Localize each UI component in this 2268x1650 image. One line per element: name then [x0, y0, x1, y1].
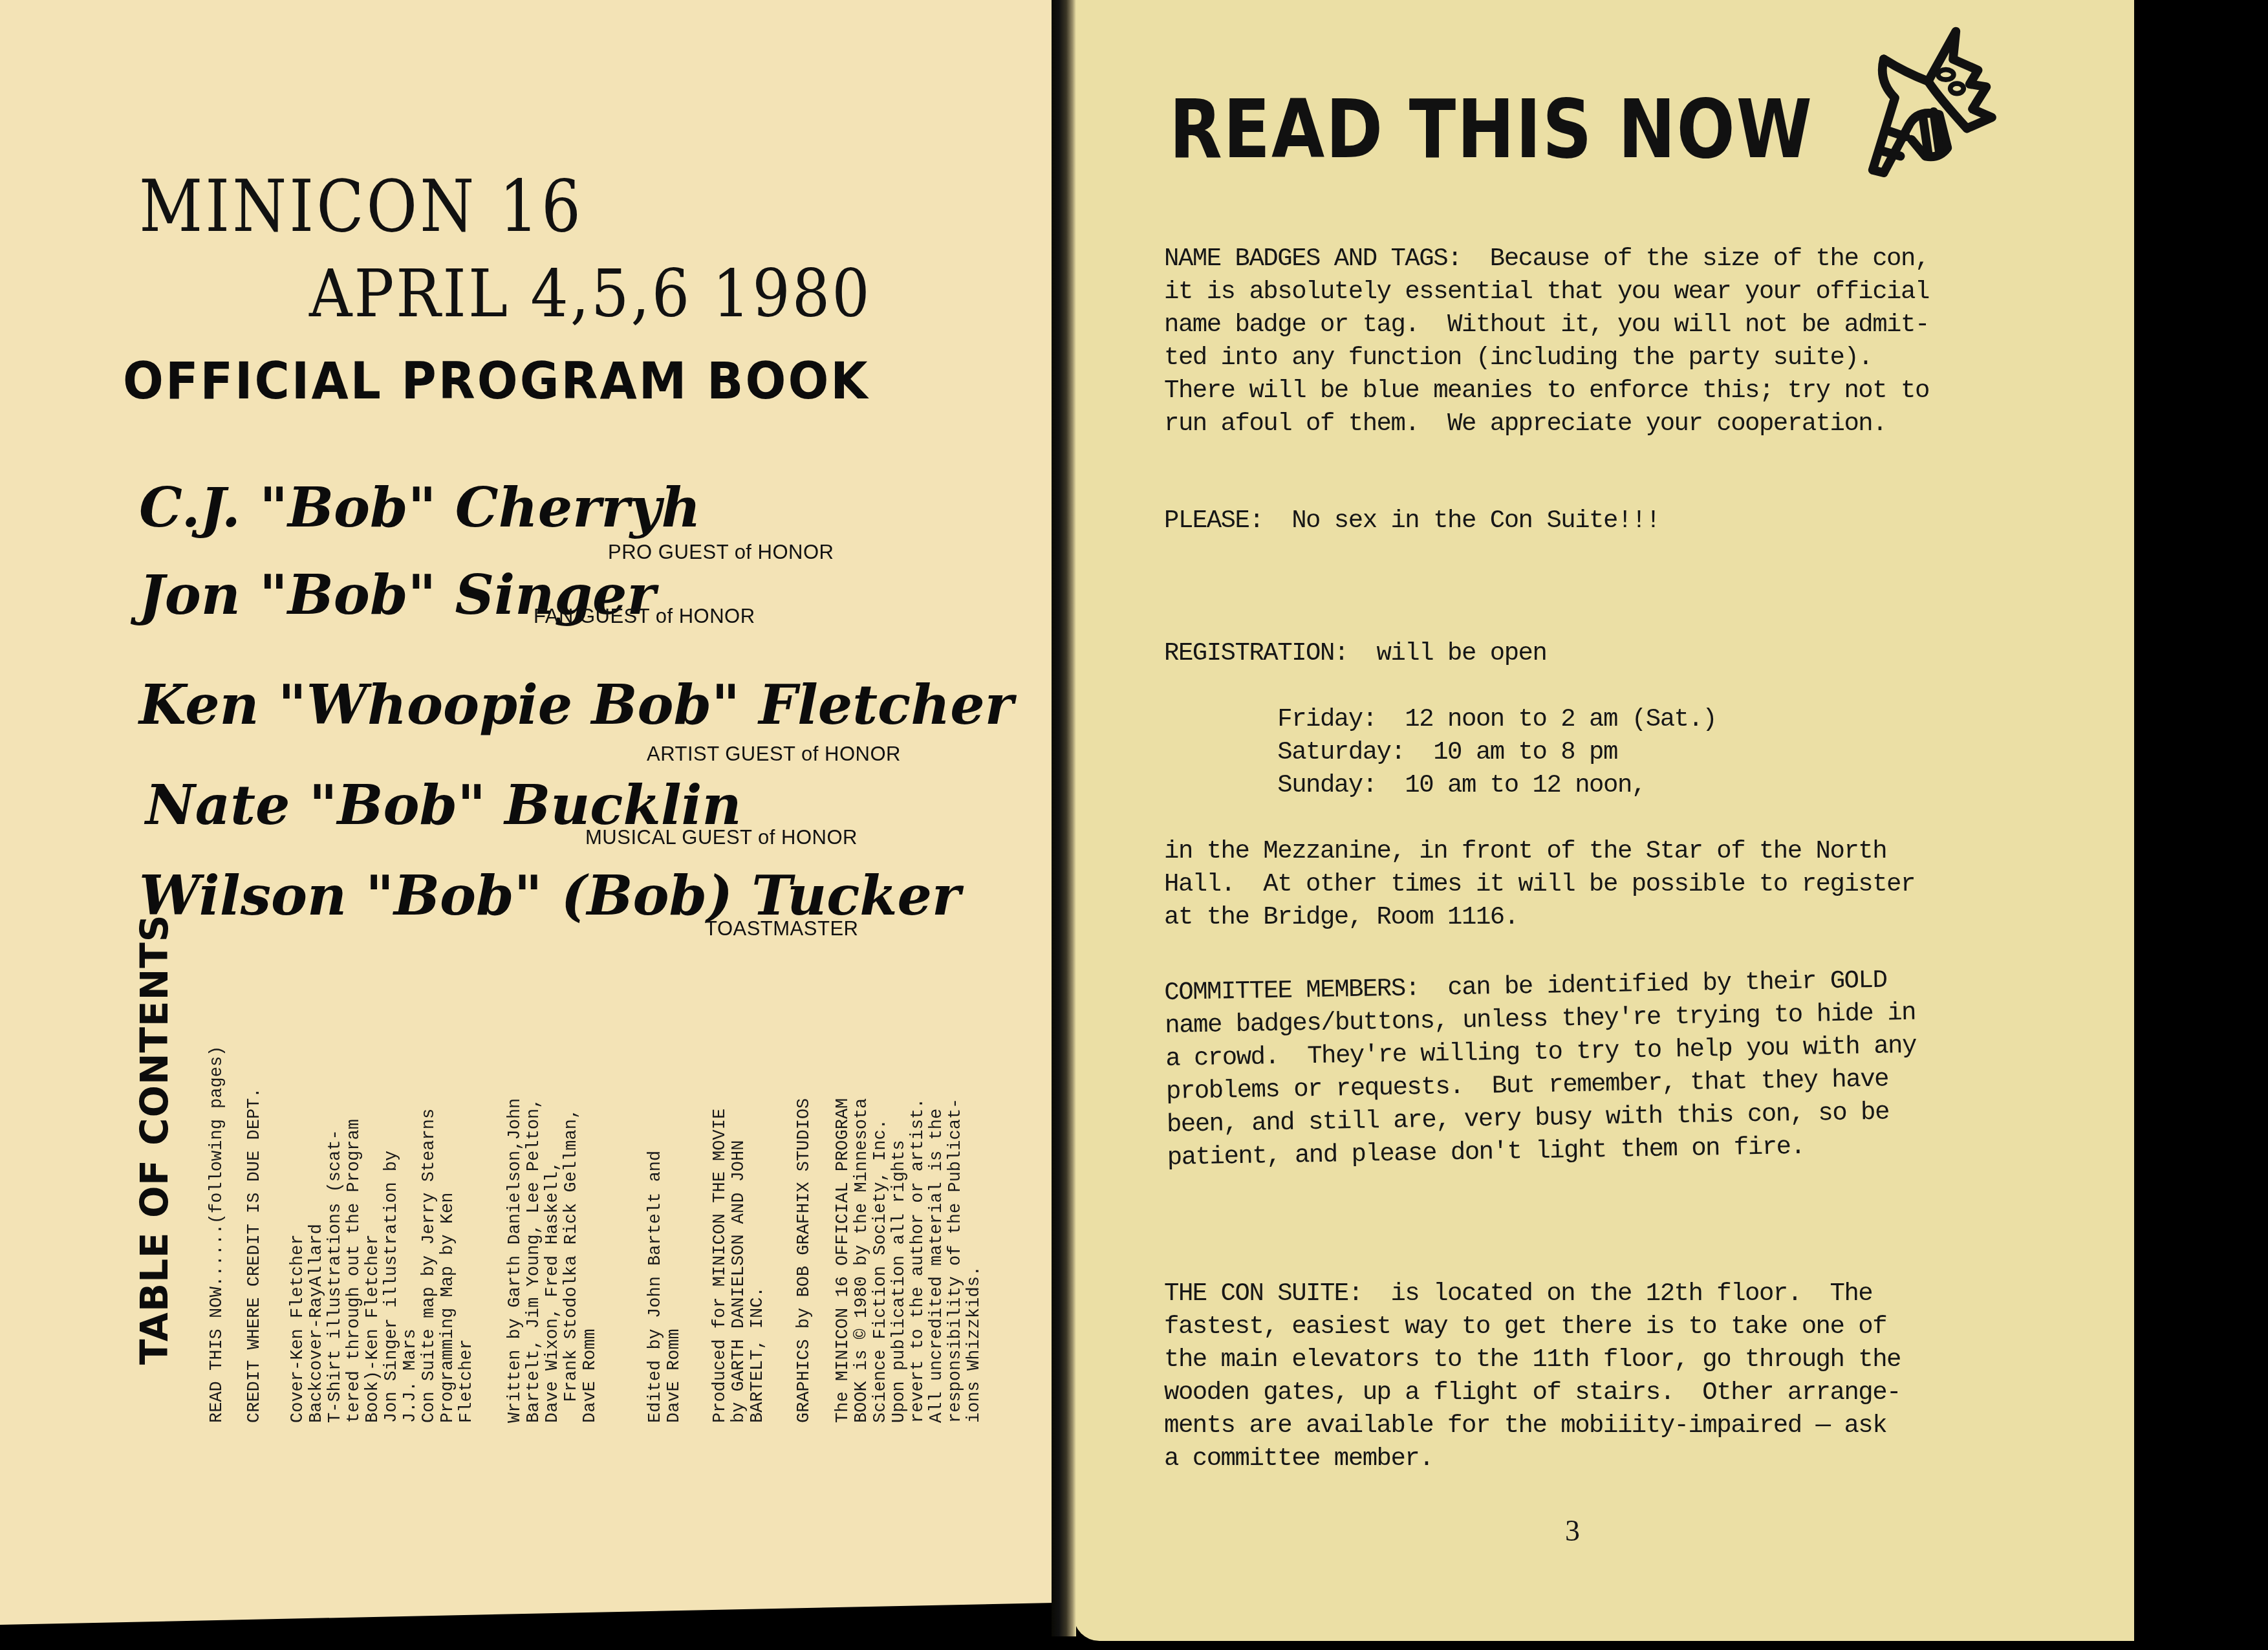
toc-entries-main: READ THIS NOW......(following pages) CRE… [208, 1046, 265, 1423]
toc-copyright: The MINICON 16 OFFICIAL PROGRAM BOOK is … [834, 1098, 984, 1423]
guest-role-artist: ARTIST GUEST of HONOR [647, 743, 901, 766]
section-registration: REGISTRATION: will be open Friday: 12 no… [1164, 637, 2057, 934]
guest-role-fan: FAN GUEST of HONOR [534, 605, 755, 628]
toc-credits-written: Written by Garth Danielson,John Bartelt,… [506, 1098, 600, 1423]
guest-role-musical: MUSICAL GUEST of HONOR [585, 826, 858, 849]
page-number: 3 [1565, 1514, 1580, 1548]
section-con-suite: THE CON SUITE: is located on the 12th fl… [1164, 1277, 2057, 1475]
toc-credits-produced: Produced for MINICON THE MOVIE by GARTH … [711, 1109, 768, 1423]
section-please: PLEASE: No sex in the Con Suite!!! [1164, 505, 2057, 537]
toc-credits-graphics: GRAPHICS by BOB GRAFHIX STUDIOS [795, 1098, 814, 1423]
program-book-heading: OFFICIAL PROGRAM BOOK [123, 353, 870, 411]
event-dates: APRIL 4,5,6 1980 [309, 255, 872, 332]
guest-role-toastmaster: TOASTMASTER [705, 917, 858, 940]
guest-name-cherryh: C.J. "Bob" Cherryh [139, 475, 701, 539]
toc-credits-art: Cover-Ken Fletcher Backcover-RayAllard T… [289, 1109, 477, 1423]
section-name-badges: NAME BADGES AND TAGS: Because of the siz… [1164, 243, 2057, 440]
book-spine [1052, 0, 1076, 1636]
toc-heading: TABLE OF CONTENTS [133, 914, 177, 1365]
guest-role-pro: PRO GUEST of HONOR [608, 541, 834, 564]
guest-name-fletcher: Ken "Whoopie Bob" Fletcher [139, 673, 1013, 737]
section-committee-members: COMMITTEE MEMBERS: can be identified by … [1164, 961, 2060, 1175]
pointing-hand-icon [1856, 19, 2011, 188]
read-this-now-heading: READ THIS NOW [1169, 83, 1813, 177]
event-title: MINICON 16 [139, 165, 583, 248]
toc-credits-edited: Edited by John Bartelt and DavE Romm [647, 1151, 684, 1423]
